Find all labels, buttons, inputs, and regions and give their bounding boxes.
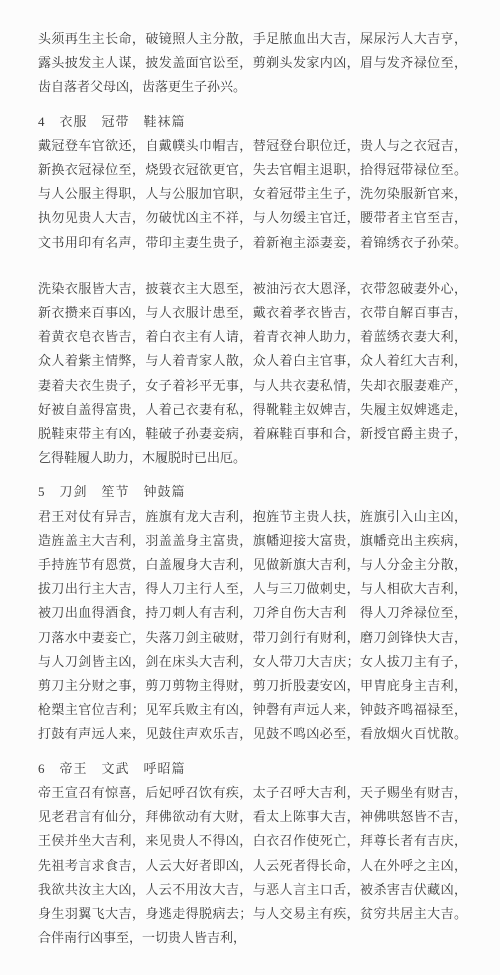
text-line: 被刀出血得酒食，持刀刺人有吉利，刀斧自伤大吉利 得人刀斧禄位至， xyxy=(38,601,467,625)
text-line: 新衣攒来百事凶，与人衣服计患至，戴衣着孝衣皆吉，衣带自解百事吉， xyxy=(38,301,467,325)
text-line: 合伴南行凶事至，一切贵人皆吉利， xyxy=(38,926,467,950)
text-line: 乞得鞋履人助力，木履脱时已出厄。 xyxy=(38,446,467,470)
text-line: 打鼓有声远人来，见鼓住声欢乐吉，见鼓不鸣凶必至，看放烟火百忧散。 xyxy=(38,722,467,746)
text-line: 众人着紫主情弊，与人着青家人散，众人着白主官事，众人着红大吉利， xyxy=(38,349,467,373)
text-line: 着黄衣皂衣皆吉，着白衣主有人请，着青衣神人助力，着蓝绣衣妻大利， xyxy=(38,325,467,349)
text-line: 君王对仗有异吉，旌旗有龙大吉利，抱旌节主贵人扶，旌旗引入山主凶， xyxy=(38,505,467,529)
text-line: 造旌盖主大吉利，羽盖盖身主富贵，旗幡迎接大富贵，旗幡竞出主疾病， xyxy=(38,529,467,553)
text-line: 身生羽翼飞大吉，身逃走得脱病去；与人交易主有疾，贫穷共居主大吉。 xyxy=(38,902,467,926)
text-line: 见老君言有仙分，拜佛欲动有大财，看太上陈事大吉，神佛哄怒皆不吉， xyxy=(38,805,467,829)
text-line: 拔刀出行主大吉，得人刀主行人至，人与三刀做刺史，与人相砍大吉利， xyxy=(38,577,467,601)
text-line: 执勿见贵人大吉，勿破忧凶主不祥，与人勿缓主官迁，腰带者主官至吉， xyxy=(38,206,467,230)
book-page: 头须再生主长命，破镜照人主分散，手足脓血出大吉，屎尿污人大吉亨，露头披发主人谋，… xyxy=(0,0,500,975)
text-line: 文书用印有名声，带印主妻生贵子，着新袍主添妻妾，着锦绣衣子孙荣。 xyxy=(38,231,467,255)
text-line: 与人公服主得职，人与公服加官职，女着冠带主生子，洗勿染服新官来， xyxy=(38,182,467,206)
paragraph: 君王对仗有异吉，旌旗有龙大吉利，抱旌节主贵人扶，旌旗引入山主凶，造旌盖主大吉利，… xyxy=(38,505,467,747)
section-heading: 4 衣服 冠带 鞋袜篇 xyxy=(38,110,467,134)
text-line: 帝王宣召有惊喜，后妃呼召饮有疾，太子召呼大吉利，天子赐坐有财吉， xyxy=(38,781,467,805)
text-line: 齿自落者父母凶，齿落更生子孙兴。 xyxy=(38,75,467,99)
text-line: 头须再生主长命，破镜照人主分散，手足脓血出大吉，屎尿污人大吉亨， xyxy=(38,27,467,51)
text-line: 脱鞋束带主有凶，鞋破子孙妻妾病，着麻鞋百事和合，新授官爵主贵子， xyxy=(38,422,467,446)
text-line: 我欲共汝主大凶，人云不用汝大吉，与恶人言主口舌，被杀害吉伏藏凶， xyxy=(38,878,467,902)
text-line: 好被自盖得富贵，人着己衣妻有私，得靴鞋主奴婢吉，失履主奴婢逃走， xyxy=(38,398,467,422)
paragraph: 戴冠登车官欲还，自戴幞头巾帽吉，替冠登台职位迁，贵人与之衣冠吉，新换衣冠禄位至，… xyxy=(38,134,467,255)
text-line: 洗染衣服皆大吉，披蓑衣主大恩至，被油污衣大恩泽，衣带忽破妻外心， xyxy=(38,277,467,301)
text-line: 新换衣冠禄位至，烧毁衣冠欲更官，失去官帽主退职，拾得冠带禄位至。 xyxy=(38,158,467,182)
text-line: 枪槊主官位吉利；见军兵败主有凶，钟磬有声远人来，钟鼓齐鸣福禄至， xyxy=(38,698,467,722)
text-line: 戴冠登车官欲还，自戴幞头巾帽吉，替冠登台职位迁，贵人与之衣冠吉， xyxy=(38,134,467,158)
text-line: 刀落水中妻妾亡，失落刀剑主破财，带刀剑行有财利，磨刀剑锋快大吉， xyxy=(38,626,467,650)
text-line: 手持旌节有恩赏，白盖履身大吉利，见做新旗大吉利，与人分金主分散， xyxy=(38,553,467,577)
paragraph: 头须再生主长命，破镜照人主分散，手足脓血出大吉，屎尿污人大吉亨，露头披发主人谋，… xyxy=(38,27,467,100)
text-line: 王侯并坐大吉利，来见贵人不得凶，白衣召作使死亡，拜尊长者有吉庆， xyxy=(38,829,467,853)
section-heading: 5 刀剑 笙节 钟鼓篇 xyxy=(38,480,467,504)
text-line: 与人刀剑皆主凶，剑在床头大吉利，女人带刀大吉庆；女人拔刀主有子， xyxy=(38,650,467,674)
text-line: 妻着夫衣生贵子，女子着衫平无事，与人共衣妻私情，失却衣服妻难产， xyxy=(38,374,467,398)
section-heading: 6 帝王 文武 呼昭篇 xyxy=(38,757,467,781)
text-line: 剪刀主分财之事，剪刀剪物主得财，剪刀折股妻安凶，甲胄庇身主吉利， xyxy=(38,674,467,698)
text-line: 先祖考言求食吉，人云大好者即凶，人云死者得长命，人在外呼之主凶， xyxy=(38,854,467,878)
paragraph: 洗染衣服皆大吉，披蓑衣主大恩至，被油污衣大恩泽，衣带忽破妻外心，新衣攒来百事凶，… xyxy=(38,277,467,471)
text-line: 露头披发主人谋，披发盖面官讼至，剪剃头发家内凶，眉与发齐禄位至， xyxy=(38,51,467,75)
paragraph: 帝王宣召有惊喜，后妃呼召饮有疾，太子召呼大吉利，天子赐坐有财吉，见老君言有仙分，… xyxy=(38,781,467,950)
